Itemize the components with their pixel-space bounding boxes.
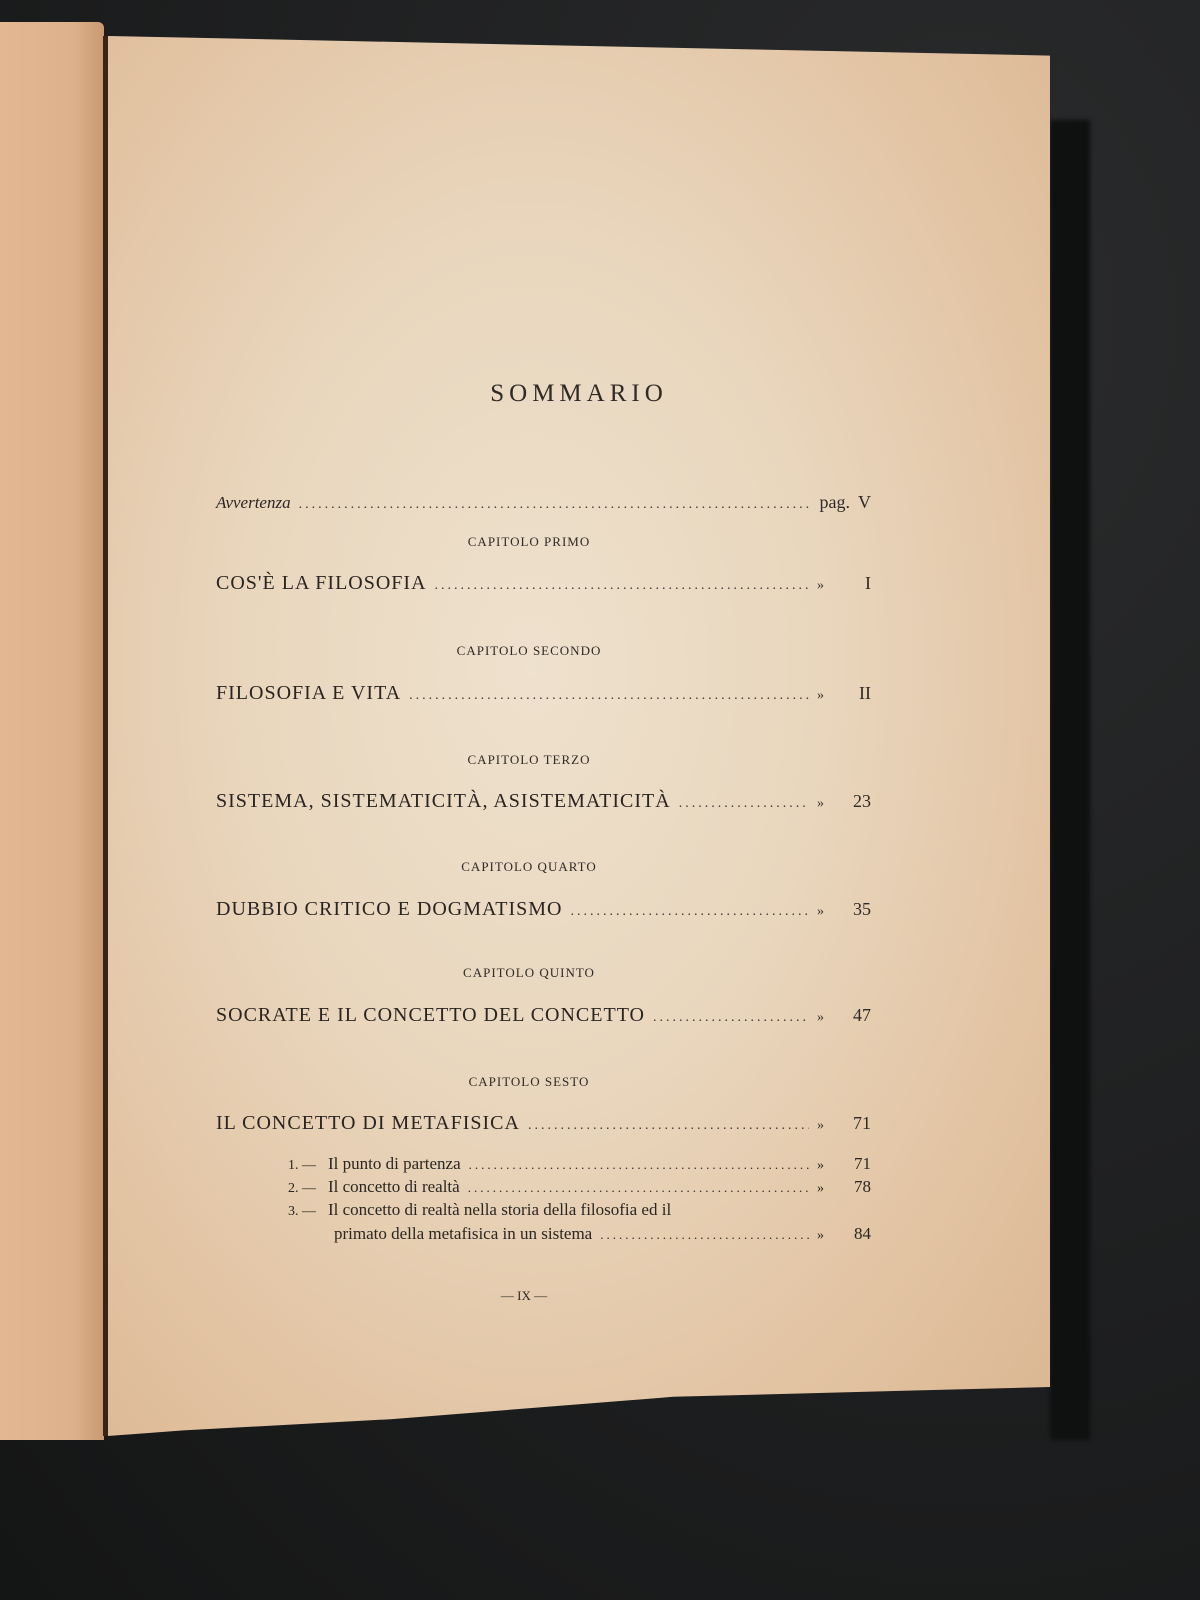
- chapter-caption: CAPITOLO PRIMO: [108, 534, 1050, 550]
- chapter-caption: CAPITOLO SECONDO: [108, 643, 1050, 659]
- chapter-title: COS'È LA FILOSOFIA: [216, 572, 427, 595]
- pag-prefix: pag.: [820, 492, 851, 513]
- toc-section-1: 1. — Il punto di partenza » 71: [288, 1154, 871, 1174]
- section-title: Il concetto di realtà: [328, 1177, 460, 1197]
- page-number: 71: [843, 1113, 871, 1134]
- toc-section-2: 2. — Il concetto di realtà » 78: [288, 1177, 871, 1197]
- section-title-continuation: primato della metafisica in un sistema: [334, 1224, 592, 1244]
- dot-leader: [679, 796, 809, 812]
- toc-entry-chapter-3: SISTEMA, SISTEMATICITÀ, ASISTEMATICITÀ »…: [216, 790, 871, 813]
- page-title: SOMMARIO: [108, 380, 1050, 408]
- dot-leader: [409, 688, 809, 704]
- page-shadow: [1050, 120, 1090, 1440]
- toc-entry-chapter-5: SOCRATE E IL CONCETTO DEL CONCETTO » 47: [216, 1004, 871, 1027]
- page-number: 35: [843, 899, 871, 920]
- dot-leader: [469, 1157, 809, 1173]
- ditto-mark: »: [817, 1181, 843, 1197]
- ditto-mark: »: [817, 688, 843, 704]
- book-page: SOMMARIO Avvertenza pag. V CAPITOLO PRIM…: [108, 36, 1050, 1436]
- page-folio: — IX —: [108, 1288, 1050, 1304]
- ditto-mark: »: [817, 1228, 843, 1244]
- page-number: 71: [843, 1154, 871, 1174]
- dot-leader: [600, 1227, 809, 1243]
- ditto-mark: »: [817, 796, 843, 812]
- ditto-mark: »: [817, 904, 843, 920]
- section-title: Il punto di partenza: [328, 1154, 461, 1174]
- toc-entry-chapter-2: FILOSOFIA E VITA » II: [216, 682, 871, 705]
- dot-leader: [468, 1180, 809, 1196]
- left-page-edge: [0, 22, 104, 1440]
- toc-entry-chapter-1: COS'È LA FILOSOFIA » I: [216, 572, 871, 595]
- page-number: 84: [843, 1224, 871, 1244]
- chapter-caption: CAPITOLO SESTO: [108, 1074, 1050, 1090]
- section-number: 3. —: [288, 1204, 328, 1220]
- chapter-title: FILOSOFIA E VITA: [216, 682, 401, 705]
- chapter-title: IL CONCETTO DI METAFISICA: [216, 1112, 520, 1135]
- page-number: 23: [843, 791, 871, 812]
- dot-leader: [570, 904, 809, 920]
- section-title: Il concetto di realtà nella storia della…: [328, 1200, 671, 1220]
- page-number: V: [858, 492, 871, 513]
- chapter-title: DUBBIO CRITICO E DOGMATISMO: [216, 898, 562, 921]
- ditto-mark: »: [817, 1118, 843, 1134]
- page-number: II: [843, 683, 871, 704]
- chapter-caption: CAPITOLO QUARTO: [108, 859, 1050, 875]
- chapter-caption: CAPITOLO TERZO: [108, 752, 1050, 768]
- chapter-title: SISTEMA, SISTEMATICITÀ, ASISTEMATICITÀ: [216, 790, 671, 813]
- page-number: 47: [843, 1005, 871, 1026]
- toc-section-3: 3. — Il concetto di realtà nella storia …: [288, 1200, 871, 1220]
- dot-leader: [299, 497, 812, 513]
- ditto-mark: »: [817, 578, 843, 594]
- page-number: 78: [843, 1177, 871, 1197]
- chapter-caption: CAPITOLO QUINTO: [108, 965, 1050, 981]
- entry-label: Avvertenza: [216, 493, 291, 513]
- ditto-mark: »: [817, 1010, 843, 1026]
- toc-entry-chapter-6: IL CONCETTO DI METAFISICA » 71: [216, 1112, 871, 1135]
- toc-entry-avvertenza: Avvertenza pag. V: [216, 492, 871, 513]
- table-of-contents: SOMMARIO Avvertenza pag. V CAPITOLO PRIM…: [108, 36, 1050, 1436]
- dot-leader: [435, 578, 809, 594]
- ditto-mark: »: [817, 1158, 843, 1174]
- toc-entry-chapter-4: DUBBIO CRITICO E DOGMATISMO » 35: [216, 898, 871, 921]
- dot-leader: [528, 1118, 809, 1134]
- chapter-title: SOCRATE E IL CONCETTO DEL CONCETTO: [216, 1004, 645, 1027]
- page-number: I: [843, 573, 871, 594]
- dot-leader: [653, 1010, 809, 1026]
- section-number: 2. —: [288, 1181, 328, 1197]
- section-number: 1. —: [288, 1158, 328, 1174]
- toc-section-3-continuation: primato della metafisica in un sistema »…: [334, 1224, 871, 1244]
